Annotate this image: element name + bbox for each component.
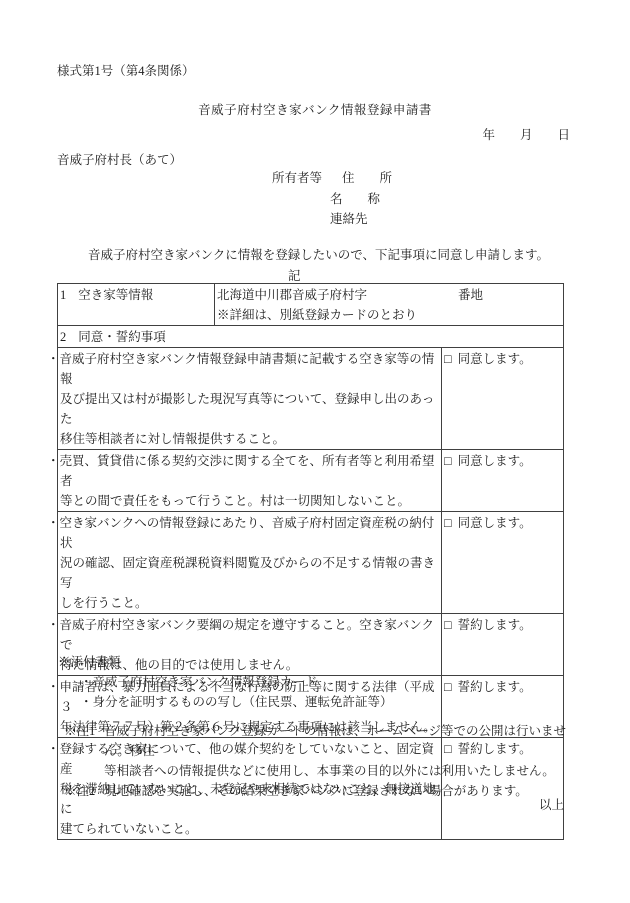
note-marker: ※注1 bbox=[64, 721, 104, 741]
owner-field-name: 名 称 bbox=[330, 189, 380, 209]
closing-label: 以上 bbox=[539, 795, 564, 815]
detail-note: ※詳細は、別紙登録カードのとおり bbox=[217, 305, 559, 325]
note-row: ※注2 現地確認を実施し、その結果空き家バンクに登録されない場合があります。 bbox=[64, 781, 574, 801]
address-prefix: 北海道中川郡音威子府村字 bbox=[217, 288, 367, 302]
attachment-item: ・音威子府村空き家バンク情報登録カード bbox=[80, 672, 393, 692]
statement-row: ・空き家バンクへの情報登録にあたり、音威子府村固定資産税の納付状 況の確認、固定… bbox=[58, 512, 564, 614]
note-text: 現地確認を実施し、その結果空き家バンクに登録されない場合があります。 bbox=[104, 781, 574, 801]
month-label: 月 bbox=[520, 128, 533, 142]
owner-label: 所有者等 bbox=[272, 171, 322, 185]
section2-label: 同意・誓約事項 bbox=[78, 330, 166, 344]
section1-number: 1 bbox=[60, 288, 66, 302]
statement-row: ・売買、賃貸借に係る契約交渉に関する全てを、所有者等と利用希望者 等との間で責任… bbox=[58, 450, 564, 512]
consent-label: 誓約します。 bbox=[458, 680, 532, 694]
attachments-list: ・音威子府村空き家バンク情報登録カード ・身分を証明するものの写し（住民票、運転… bbox=[80, 672, 393, 712]
statement-text: ・空き家バンクへの情報登録にあたり、音威子府村固定資産税の納付状 況の確認、固定… bbox=[58, 512, 442, 614]
note-marker: ※注2 bbox=[64, 781, 104, 801]
section1-row: 1空き家等情報 北海道中川郡音威子府村字 番地 ※詳細は、別紙登録カードのとおり bbox=[58, 284, 564, 326]
note-text: 音威子府村空き家バンク登録カードの情報は、ホームページ等での公開は行いません。移… bbox=[104, 721, 574, 781]
address-line: 北海道中川郡音威子府村字 番地 bbox=[217, 285, 559, 305]
checkbox-icon: □ bbox=[444, 516, 452, 530]
consent-label: 同意します。 bbox=[458, 454, 532, 468]
checkbox-icon: □ bbox=[444, 680, 452, 694]
statement-row: ・音威子府村空き家バンク情報登録申請書類に記載する空き家等の情報 及び提出又は村… bbox=[58, 348, 564, 450]
form-number: 様式第1号（第4条関係） bbox=[57, 61, 195, 81]
attachment-item: ・身分を証明するものの写し（住民票、運転免許証等） bbox=[80, 692, 393, 712]
statement-text: ・音威子府村空き家バンク情報登録申請書類に記載する空き家等の情報 及び提出又は村… bbox=[58, 348, 442, 450]
consent-cell: □同意します。 bbox=[442, 348, 564, 450]
notes-section: ※注1 音威子府村空き家バンク登録カードの情報は、ホームページ等での公開は行いま… bbox=[64, 721, 574, 801]
checkbox-icon: □ bbox=[444, 618, 452, 632]
day-label: 日 bbox=[557, 128, 570, 142]
consent-label: 同意します。 bbox=[458, 516, 532, 530]
statement-text: ・売買、賃貸借に係る契約交渉に関する全てを、所有者等と利用希望者 等との間で責任… bbox=[58, 450, 442, 512]
owner-field-address: 住 所 bbox=[342, 171, 392, 185]
consent-label: 同意します。 bbox=[458, 352, 532, 366]
consent-cell: □誓約します。 bbox=[442, 614, 564, 676]
statement-row: ・音威子府村空き家バンク要綱の規定を遵守すること。空き家バンクで 得た情報は、他… bbox=[58, 614, 564, 676]
intro-text: 音威子府村空き家バンクに情報を登録したいので、下記事項に同意し申請します。 bbox=[88, 245, 549, 265]
section2-row: 2同意・誓約事項 bbox=[58, 326, 564, 348]
consent-cell: □同意します。 bbox=[442, 450, 564, 512]
note-row: ※注1 音威子府村空き家バンク登録カードの情報は、ホームページ等での公開は行いま… bbox=[64, 721, 574, 781]
section2-number: 2 bbox=[60, 330, 66, 344]
section1-label-cell: 1空き家等情報 bbox=[58, 284, 215, 326]
year-label: 年 bbox=[482, 128, 495, 142]
consent-label: 誓約します。 bbox=[458, 618, 532, 632]
address-unit-label: 番地 bbox=[458, 285, 483, 305]
addressee: 音威子府村長（あて） bbox=[57, 150, 182, 170]
section2-header-cell: 2同意・誓約事項 bbox=[58, 326, 564, 348]
section1-label: 空き家等情報 bbox=[78, 288, 153, 302]
owner-header-line: 所有者等住 所 bbox=[272, 168, 392, 188]
document-page: 様式第1号（第4条関係） 音威子府村空き家バンク情報登録申請書 年月日 音威子府… bbox=[0, 0, 630, 903]
date-line: 年月日 bbox=[482, 125, 570, 145]
owner-field-contact: 連絡先 bbox=[330, 209, 368, 229]
checkbox-icon: □ bbox=[444, 454, 452, 468]
section1-value-cell: 北海道中川郡音威子府村字 番地 ※詳細は、別紙登録カードのとおり bbox=[215, 284, 564, 326]
consent-cell: □同意します。 bbox=[442, 512, 564, 614]
page-title: 音威子府村空き家バンク情報登録申請書 bbox=[0, 100, 630, 120]
checkbox-icon: □ bbox=[444, 352, 452, 366]
attachments-heading: ※添付書類 bbox=[58, 652, 121, 672]
